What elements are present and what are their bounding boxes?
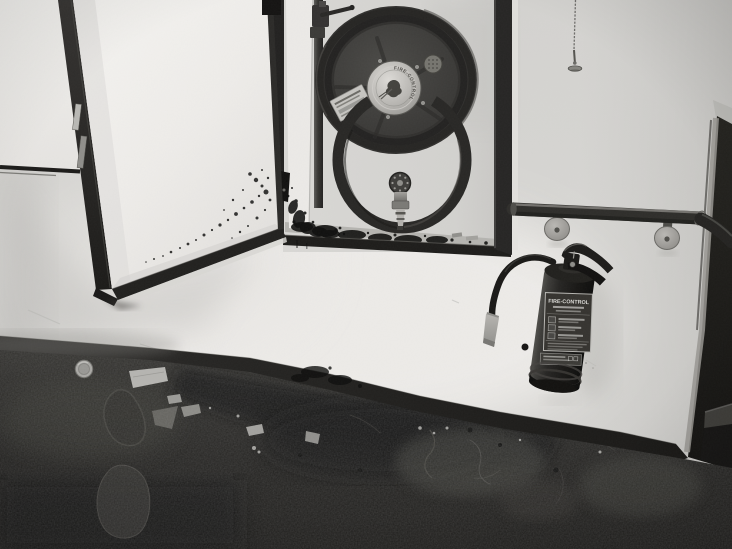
- photo-fire-hose-cabinet-scene: FIRE-CONTROL: [0, 0, 732, 549]
- vignette: [0, 0, 732, 549]
